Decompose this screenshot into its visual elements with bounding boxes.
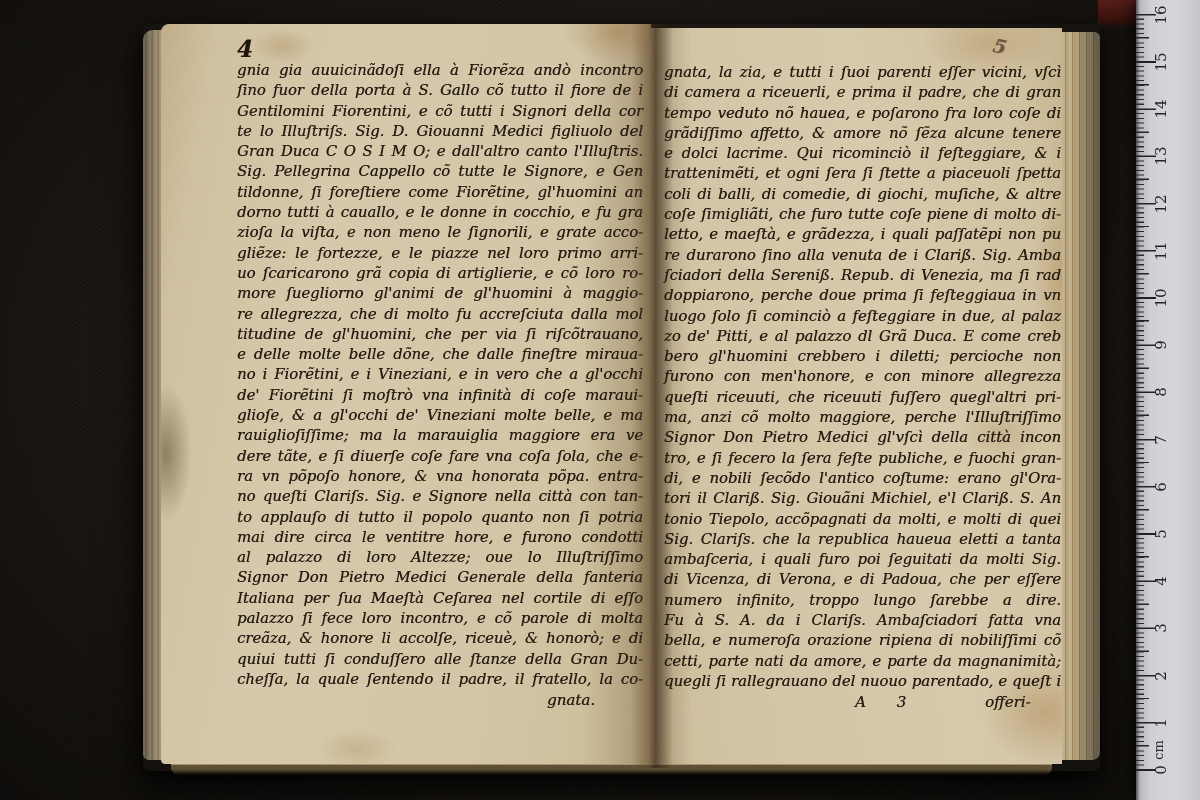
text-line: tori il Clariß. Sig. Giouãni Michiel, e'… bbox=[664, 489, 1061, 509]
ruler: 012345678910111213141516 cm bbox=[1136, 0, 1200, 800]
text-line: no i Fiorẽtini, e i Vineziani, e in vero… bbox=[237, 365, 643, 385]
text-line: tempo veduto nõ hauea, e poſarono fra lo… bbox=[664, 104, 1061, 124]
book-cover-corner bbox=[1098, 0, 1136, 28]
text-line: coſe ſimigliãti, che furo tutte coſe pie… bbox=[664, 205, 1061, 225]
text-line: ma, anzi cõ molto maggiore, perche l'Ill… bbox=[664, 408, 1061, 428]
text-line: Fu à S. A. da i Clariſs. Ambaſciadori fa… bbox=[664, 611, 1061, 631]
text-line: doppiarono, perche doue prima ſi feſtegg… bbox=[664, 286, 1061, 306]
text-line: cheſſa, la quale ſentendo il padre, il f… bbox=[237, 670, 643, 690]
ruler-number: 6 bbox=[1152, 469, 1172, 505]
text-line: gliẽze: le fortezze, e le piazze nel lor… bbox=[237, 244, 643, 264]
ruler-number: 3 bbox=[1152, 610, 1172, 646]
text-line: tonio Tiepolo, accõpagnati da molti, e m… bbox=[664, 510, 1061, 530]
text-line: ambaſceria, i quali furo poi ſeguitati d… bbox=[664, 550, 1061, 570]
text-line: al palazzo di loro Altezze; oue lo Illuſ… bbox=[237, 548, 643, 568]
text-line: mai dire circa le ventitre hore, e furon… bbox=[237, 528, 643, 548]
right-catchword: offeri- bbox=[985, 692, 1031, 713]
ruler-number: 5 bbox=[1152, 516, 1172, 552]
text-line: Sig. Clariſs. che la republica haueua el… bbox=[664, 530, 1061, 550]
text-line: bero gl'huomini crebbero i diletti; perc… bbox=[664, 347, 1061, 367]
text-line: uo ſcaricarono grã copia di artiglierie,… bbox=[237, 264, 643, 284]
text-line: Signor Don Pietro Medici Generale della … bbox=[237, 568, 643, 588]
text-line: ſciadori della Sereniß. Repub. di Venezi… bbox=[664, 266, 1061, 286]
text-line: no queſti Clariſs. Sig. e Signore nella … bbox=[237, 487, 643, 507]
text-line: dere tãte, e ſi diuerſe coſe fare vna co… bbox=[237, 447, 643, 467]
text-line: te lo Illuſtriſs. Sig. D. Giouanni Medic… bbox=[237, 122, 643, 142]
right-page: 5 gnata, la zia, e tutti i ſuoi parenti … bbox=[651, 28, 1062, 764]
signature-row: A 3 offeri- bbox=[651, 692, 1048, 713]
ruler-number: 14 bbox=[1152, 91, 1172, 127]
right-page-edges bbox=[1062, 32, 1100, 760]
text-line: Sig. Pellegrina Cappello cõ tutte le Sig… bbox=[237, 162, 643, 182]
left-page: 4 gnia gia auuicinãdoſi ella à Fiorẽza a… bbox=[161, 24, 651, 764]
ruler-number: 11 bbox=[1152, 233, 1172, 269]
text-line: cetti, parte nati da amore, e parte da m… bbox=[664, 652, 1061, 672]
text-line: trattenimẽti, et ogni ſera ſi ſtette a p… bbox=[664, 164, 1061, 184]
text-line: grãdiſſimo affetto, & amore nõ ſẽza alcu… bbox=[664, 124, 1061, 144]
gathering-signature: A 3 bbox=[855, 692, 906, 713]
text-line: gnata, la zia, e tutti i ſuoi parenti eſ… bbox=[664, 63, 1061, 83]
text-line: gnia gia auuicinãdoſi ella à Fiorẽza and… bbox=[237, 61, 643, 81]
ruler-number: 12 bbox=[1152, 186, 1172, 222]
text-line: tro, e ſi fecero la ſera feſte publiche,… bbox=[664, 449, 1061, 469]
text-line: numero infinito, troppo lungo ſarebbe a … bbox=[664, 591, 1061, 611]
text-line: titudine de gl'huomini, che per via ſi r… bbox=[237, 325, 643, 345]
text-line: re durarono ſino alla venuta de i Clariß… bbox=[664, 246, 1061, 266]
text-line: tildonne, ſi foreſtiere come Fiorẽtine, … bbox=[237, 183, 643, 203]
photo-background: 4 gnia gia auuicinãdoſi ella à Fiorẽza a… bbox=[0, 0, 1200, 800]
text-line: bella, e numeroſa orazione ripiena di no… bbox=[664, 631, 1061, 651]
text-line: furono con men'honore, e con minore alle… bbox=[664, 367, 1061, 387]
text-line: de' Fiorẽtini ſi moſtrò vna infinità di … bbox=[237, 386, 643, 406]
text-line: luogo ſolo ſi cominciò a feſteggiare in … bbox=[664, 307, 1061, 327]
ruler-unit-label: cm bbox=[1152, 732, 1172, 768]
ruler-number: 4 bbox=[1152, 563, 1172, 599]
text-line: letto, e maeſtà, e grãdezza, i quali paſ… bbox=[664, 225, 1061, 245]
text-line: quegli ſi rallegrauano del nuouo parenta… bbox=[664, 672, 1061, 692]
ruler-number: 7 bbox=[1152, 422, 1172, 458]
text-line: Signor Don Pietro Medici gl'vſcì della c… bbox=[664, 428, 1061, 448]
ruler-number: 2 bbox=[1152, 658, 1172, 694]
text-line: palazzo ſi fece loro incontro, e cõ paro… bbox=[237, 609, 643, 629]
text-line: zioſa la viſta, e non meno le ſignorili,… bbox=[237, 223, 643, 243]
text-line: di Vicenza, di Verona, e di Padoua, che … bbox=[664, 570, 1061, 590]
text-line: to applauſo di tutto il popolo quanto no… bbox=[237, 508, 643, 528]
text-line: dorno tutti à cauallo, e le donne in coc… bbox=[237, 203, 643, 223]
ruler-number: 10 bbox=[1152, 280, 1172, 316]
text-line: coli di balli, di comedie, di giochi, mu… bbox=[664, 185, 1061, 205]
text-line: e delle molte belle dõne, che dalle fine… bbox=[237, 345, 643, 365]
text-line: more ſuegliorno gl'animi de gl'huomini à… bbox=[237, 284, 643, 304]
text-line: rauiglioſiſſime; ma la marauiglia maggio… bbox=[237, 426, 643, 446]
text-line: queſti riceuuti, che riceuuti fuſſero qu… bbox=[664, 388, 1061, 408]
text-line: ra vn põpoſo honore, & vna honorata põpa… bbox=[237, 467, 643, 487]
text-line: quiui tutti ſi conduſſero alle ſtanze de… bbox=[237, 650, 643, 670]
ruler-number: 16 bbox=[1152, 0, 1172, 33]
text-line: Gentilomini Fiorentini, e cõ tutti i Sig… bbox=[237, 102, 643, 122]
text-line: creãza, & honore li accolſe, riceuè, & h… bbox=[237, 629, 643, 649]
open-book: 4 gnia gia auuicinãdoſi ella à Fiorẽza a… bbox=[143, 24, 1100, 771]
right-page-text: gnata, la zia, e tutti i ſuoi parenti eſ… bbox=[664, 63, 1061, 692]
text-line: Italiana per ſua Maeſtà Ceſarea nel cort… bbox=[237, 589, 643, 609]
ruler-number: 8 bbox=[1152, 374, 1172, 410]
text-line: re allegrezza, che di molto fu accreſciu… bbox=[237, 305, 643, 325]
text-line: Gran Duca C O S I M O; e dall'altro cant… bbox=[237, 142, 643, 162]
text-line: di camera a riceuerli, e prima il padre,… bbox=[664, 83, 1061, 103]
ruler-number: 13 bbox=[1152, 138, 1172, 174]
text-line: di, e nobili ſecõdo l'antico coſtume: er… bbox=[664, 469, 1061, 489]
text-line: ſino fuor della porta à S. Gallo cõ tutt… bbox=[237, 81, 643, 101]
page-number-right: 5 bbox=[991, 35, 1009, 59]
ruler-number: 15 bbox=[1152, 44, 1172, 80]
text-line: zo de' Pitti, e al palazzo dl Grã Duca. … bbox=[664, 327, 1061, 347]
ruler-number: 9 bbox=[1152, 327, 1172, 363]
text-line: glioſe, & a gl'occhi de' Vineziani molte… bbox=[237, 406, 643, 426]
page-number-left: 4 bbox=[237, 36, 253, 63]
text-line: e dolci lacrime. Qui ricominciò il feſte… bbox=[664, 144, 1061, 164]
left-page-text: gnia gia auuicinãdoſi ella à Fiorẽza and… bbox=[237, 61, 643, 690]
book-gutter bbox=[631, 24, 673, 768]
left-catchword: gnata. bbox=[237, 690, 643, 711]
